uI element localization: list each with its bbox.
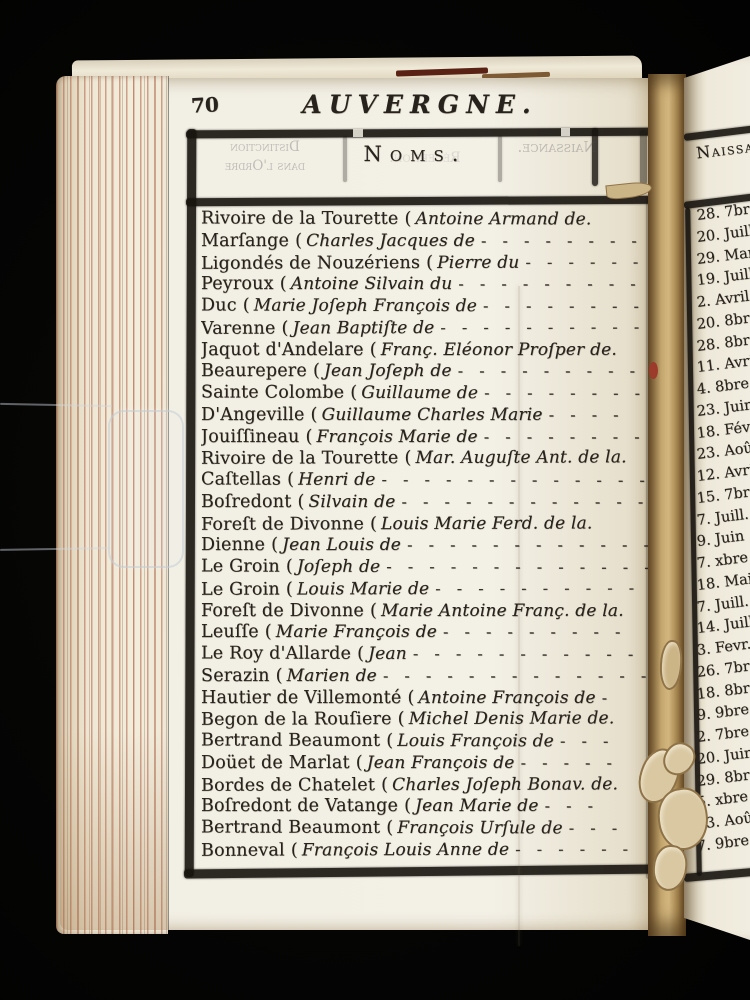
surname-text: Le Groin bbox=[201, 556, 280, 576]
dates-list: 28. 7bre 20. Juill. 29. Mars 19. Juill. … bbox=[697, 206, 750, 859]
given-names-text: Charles Jacques de bbox=[306, 231, 475, 251]
dash-filler: - - - - - bbox=[515, 753, 618, 772]
name-row: Duc(Marie Joſeph François de- - - - - - … bbox=[201, 294, 651, 317]
given-names-text: Marie Antoine Franç. de la. bbox=[381, 601, 624, 621]
facing-column-header-naissance: Naissa bbox=[695, 137, 750, 163]
name-row: Jouiſſineau(François Marie de- - - - - -… bbox=[201, 426, 651, 448]
name-row: Marſange(Charles Jacques de- - - - - - -… bbox=[201, 230, 651, 252]
name-row: Rivoire de la Tourette(Mar. Auguſte Ant.… bbox=[201, 446, 651, 469]
dash-filler: - - - - - - - - - - - bbox=[407, 644, 639, 664]
book-photo-root: 70 AUVERGNE. Noms. Naissance. Distinctio… bbox=[0, 0, 750, 1000]
given-names-text: Louis Marie de bbox=[297, 579, 429, 599]
page-stack-bottom-tint bbox=[60, 730, 168, 930]
given-names-text: Louis François de bbox=[397, 731, 554, 751]
table-border-left bbox=[185, 129, 197, 877]
given-names-text: Guillaume de bbox=[361, 383, 478, 403]
surname-text: Serazin bbox=[201, 666, 270, 686]
border-ink-gap bbox=[353, 129, 363, 137]
dash-filler: - - - - - - - - - bbox=[437, 622, 626, 641]
name-row: Le Groin(Louis Marie de- - - - - - - - -… bbox=[201, 577, 651, 600]
surname-text: Varenne bbox=[201, 318, 276, 338]
given-names-text: Mar. Auguſte Ant. de la. bbox=[415, 448, 626, 469]
given-names-text: Jean Joſeph de bbox=[324, 361, 452, 381]
name-row: Bertrand Beaumont(François Urſule de- - … bbox=[201, 816, 651, 839]
surname-text: Foreſt de Divonne bbox=[201, 514, 364, 535]
name-row: Foreſt de Divonne(Louis Marie Ferd. de l… bbox=[201, 512, 651, 535]
given-names-text: Marie Joſeph François de bbox=[254, 296, 477, 317]
dash-filler: - - - - - - - - - - - bbox=[434, 317, 651, 337]
surname-text: Rivoire de la Tourette bbox=[201, 208, 399, 229]
transparent-page-clip bbox=[108, 410, 184, 568]
surname-text: Le Groin bbox=[201, 579, 280, 599]
surname-text: Ligondés de Nouzériens bbox=[201, 253, 420, 274]
given-names-text: Jean bbox=[368, 644, 407, 664]
given-names-text: Jean François de bbox=[367, 753, 515, 773]
page-title: AUVERGNE. bbox=[270, 90, 570, 119]
name-row: Caſtellas(Henri de- - - - - - - - - - - … bbox=[201, 468, 651, 491]
surname-text: Duc bbox=[201, 295, 237, 315]
given-names-text: Jean Baptiſte de bbox=[292, 318, 434, 338]
dash-filler: - - - - bbox=[543, 405, 624, 424]
surname-text: Bertrand Beaumont bbox=[201, 817, 380, 837]
surname-text: Caſtellas bbox=[201, 469, 281, 489]
given-names-text: Henri de bbox=[298, 470, 375, 490]
surname-text: Doüet de Marlat bbox=[201, 753, 350, 773]
border-ink-gap bbox=[561, 128, 570, 136]
dash-filler: - - - - - - - - - - - - - bbox=[377, 666, 651, 685]
given-names-text: Marie François de bbox=[276, 622, 437, 642]
dash-filler: - - - - - - - - - - - - - bbox=[380, 557, 651, 577]
names-list: Rivoire de la Tourette(Antoine Armand de… bbox=[201, 208, 651, 861]
dash-filler bbox=[627, 448, 633, 467]
dash-filler: - - - - - - - - - - - - bbox=[401, 535, 651, 554]
surname-text: Bordes de Chatelet bbox=[201, 775, 375, 796]
surname-text: Jaquot d'Andelare bbox=[201, 340, 364, 360]
name-row: Varenne(Jean Baptiſte de- - - - - - - - … bbox=[201, 316, 651, 339]
surname-text: D'Angeville bbox=[201, 405, 305, 425]
name-row: Bertrand Beaumont(Louis François de- - - bbox=[201, 729, 651, 752]
name-row: Serazin(Marien de- - - - - - - - - - - -… bbox=[201, 665, 651, 687]
name-row: Rivoire de la Tourette(Antoine Armand de… bbox=[201, 207, 651, 230]
given-names-text: Antoine François de bbox=[419, 688, 596, 708]
dash-filler bbox=[624, 601, 630, 620]
given-names-text: Jean Marie de bbox=[415, 796, 538, 816]
dash-filler: - - - - - - - - - - bbox=[478, 383, 651, 403]
table-border-bottom bbox=[184, 864, 666, 878]
name-row: Leuſſe(Marie François de- - - - - - - - … bbox=[201, 621, 651, 643]
dash-filler: - - - - - - - - - - bbox=[452, 361, 651, 380]
name-row: D'Angeville(Guillaume Charles Marie- - -… bbox=[201, 404, 651, 426]
given-names-text: Franç. Eléonor Proſper de. bbox=[381, 340, 617, 360]
dash-filler: - - - - - - - - bbox=[519, 252, 651, 272]
given-names-text: Charles Joſeph Bonav. de. bbox=[392, 774, 618, 795]
name-row: Bordes de Chatelet(Charles Joſeph Bonav.… bbox=[201, 773, 651, 796]
dash-filler: - - - bbox=[554, 731, 614, 750]
dash-filler: - - - bbox=[539, 796, 599, 815]
surname-text: Jouiſſineau bbox=[201, 427, 300, 447]
name-row: Dienne(Jean Louis de- - - - - - - - - - … bbox=[201, 534, 651, 556]
given-names-text: Marien de bbox=[287, 666, 377, 686]
surname-text: Begon de la Rouſiere bbox=[201, 709, 392, 730]
given-names-text: François Marie de bbox=[317, 427, 478, 447]
surname-text: Dienne bbox=[201, 535, 265, 555]
dash-filler: - - - - - - - - bbox=[477, 296, 644, 315]
dash-filler bbox=[592, 513, 598, 532]
given-names-text: Antoine Armand de. bbox=[415, 209, 591, 229]
page-number: 70 bbox=[190, 92, 219, 117]
bleedthrough-distinction: Distinction dans l'Ordre bbox=[195, 138, 335, 176]
given-names-text: Pierre du bbox=[437, 252, 519, 272]
red-wax-spot bbox=[649, 362, 658, 379]
surname-text: Le Roy d'Allarde bbox=[201, 643, 351, 663]
dash-filler: - - - - - - - - - - - - - - bbox=[375, 470, 651, 490]
surname-text: Peyroux bbox=[201, 274, 274, 294]
name-row: Begon de la Rouſiere(Michel Denis Marie … bbox=[201, 707, 651, 730]
name-row: Beaurepere(Jean Joſeph de- - - - - - - -… bbox=[201, 360, 651, 382]
name-row: Ligondés de Nouzériens(Pierre du- - - - … bbox=[201, 251, 651, 274]
surname-text: Bertrand Beaumont bbox=[201, 730, 380, 750]
given-names-text: François Louis Anne de bbox=[302, 839, 509, 860]
surname-text: Foreſt de Divonne bbox=[201, 601, 364, 621]
name-row: Jaquot d'Andelare(Franç. Eléonor Proſper… bbox=[201, 339, 651, 361]
name-row: Boſredont(Silvain de- - - - - - - - - - … bbox=[201, 491, 651, 513]
given-names-text: Michel Denis Marie de. bbox=[409, 709, 615, 730]
given-names-text: Guillaume Charles Marie bbox=[322, 405, 543, 425]
dash-filler: - - - - - - - - - - bbox=[475, 231, 651, 250]
surname-text: Beaurepere bbox=[201, 361, 307, 381]
bleedthrough-reception: Réception. bbox=[350, 150, 500, 166]
header-column-divider bbox=[592, 128, 598, 186]
surname-text: Leuſſe bbox=[201, 622, 259, 642]
name-row: Le Groin(Joſeph de- - - - - - - - - - - … bbox=[201, 555, 651, 578]
surname-text: Boſredont bbox=[201, 492, 291, 512]
given-names-text: Silvain de bbox=[308, 492, 395, 512]
dash-filler: - - - - - - - - bbox=[478, 427, 645, 446]
name-row: Hautier de Villemonté(Antoine François d… bbox=[201, 687, 651, 709]
surname-text: Boſredont de Vatange bbox=[201, 796, 398, 816]
dash-filler bbox=[614, 709, 620, 728]
dash-filler bbox=[618, 774, 624, 793]
given-names-text: Joſeph de bbox=[297, 557, 380, 577]
given-names-text: Antoine Silvain du bbox=[291, 274, 453, 294]
dash-filler: - bbox=[596, 688, 613, 707]
dash-filler: - - - - - - - - - - - - - bbox=[395, 492, 651, 511]
surname-text: Marſange bbox=[201, 231, 289, 251]
facing-border-bottom bbox=[684, 868, 750, 882]
dash-filler bbox=[591, 209, 597, 228]
name-row: Doüet de Marlat(Jean François de- - - - … bbox=[201, 752, 651, 774]
name-row: Boſredont de Vatange(Jean Marie de- - - bbox=[201, 795, 651, 817]
table-border-header-bottom bbox=[186, 196, 664, 207]
name-row: Sainte Colombe(Guillaume de- - - - - - -… bbox=[201, 381, 651, 404]
dash-filler: - - - bbox=[563, 818, 623, 837]
surname-text: Rivoire de la Tourette bbox=[201, 448, 399, 469]
dash-filler: - - - - - - - - - - - bbox=[429, 578, 651, 598]
surname-text: Sainte Colombe bbox=[201, 382, 344, 402]
dash-filler: - - - - - - bbox=[509, 839, 633, 858]
name-row: Foreſt de Divonne(Marie Antoine Franç. d… bbox=[201, 600, 651, 622]
given-names-text: Louis Marie Ferd. de la. bbox=[381, 513, 593, 534]
surname-text: Hautier de Villemonté bbox=[201, 688, 401, 708]
dash-filler bbox=[617, 340, 623, 359]
table-border-top bbox=[186, 128, 662, 139]
header-column-divider-2 bbox=[640, 130, 647, 185]
name-row: Bonneval(François Louis Anne de- - - - -… bbox=[201, 838, 651, 861]
given-names-text: Jean Louis de bbox=[282, 535, 401, 555]
given-names-text: François Urſule de bbox=[397, 818, 563, 838]
dash-filler: - - - - - - - - - - bbox=[452, 274, 651, 293]
name-row: Peyroux(Antoine Silvain du- - - - - - - … bbox=[201, 273, 651, 295]
name-row: Le Roy d'Allarde(Jean- - - - - - - - - -… bbox=[201, 642, 651, 665]
surname-text: Bonneval bbox=[201, 840, 285, 860]
